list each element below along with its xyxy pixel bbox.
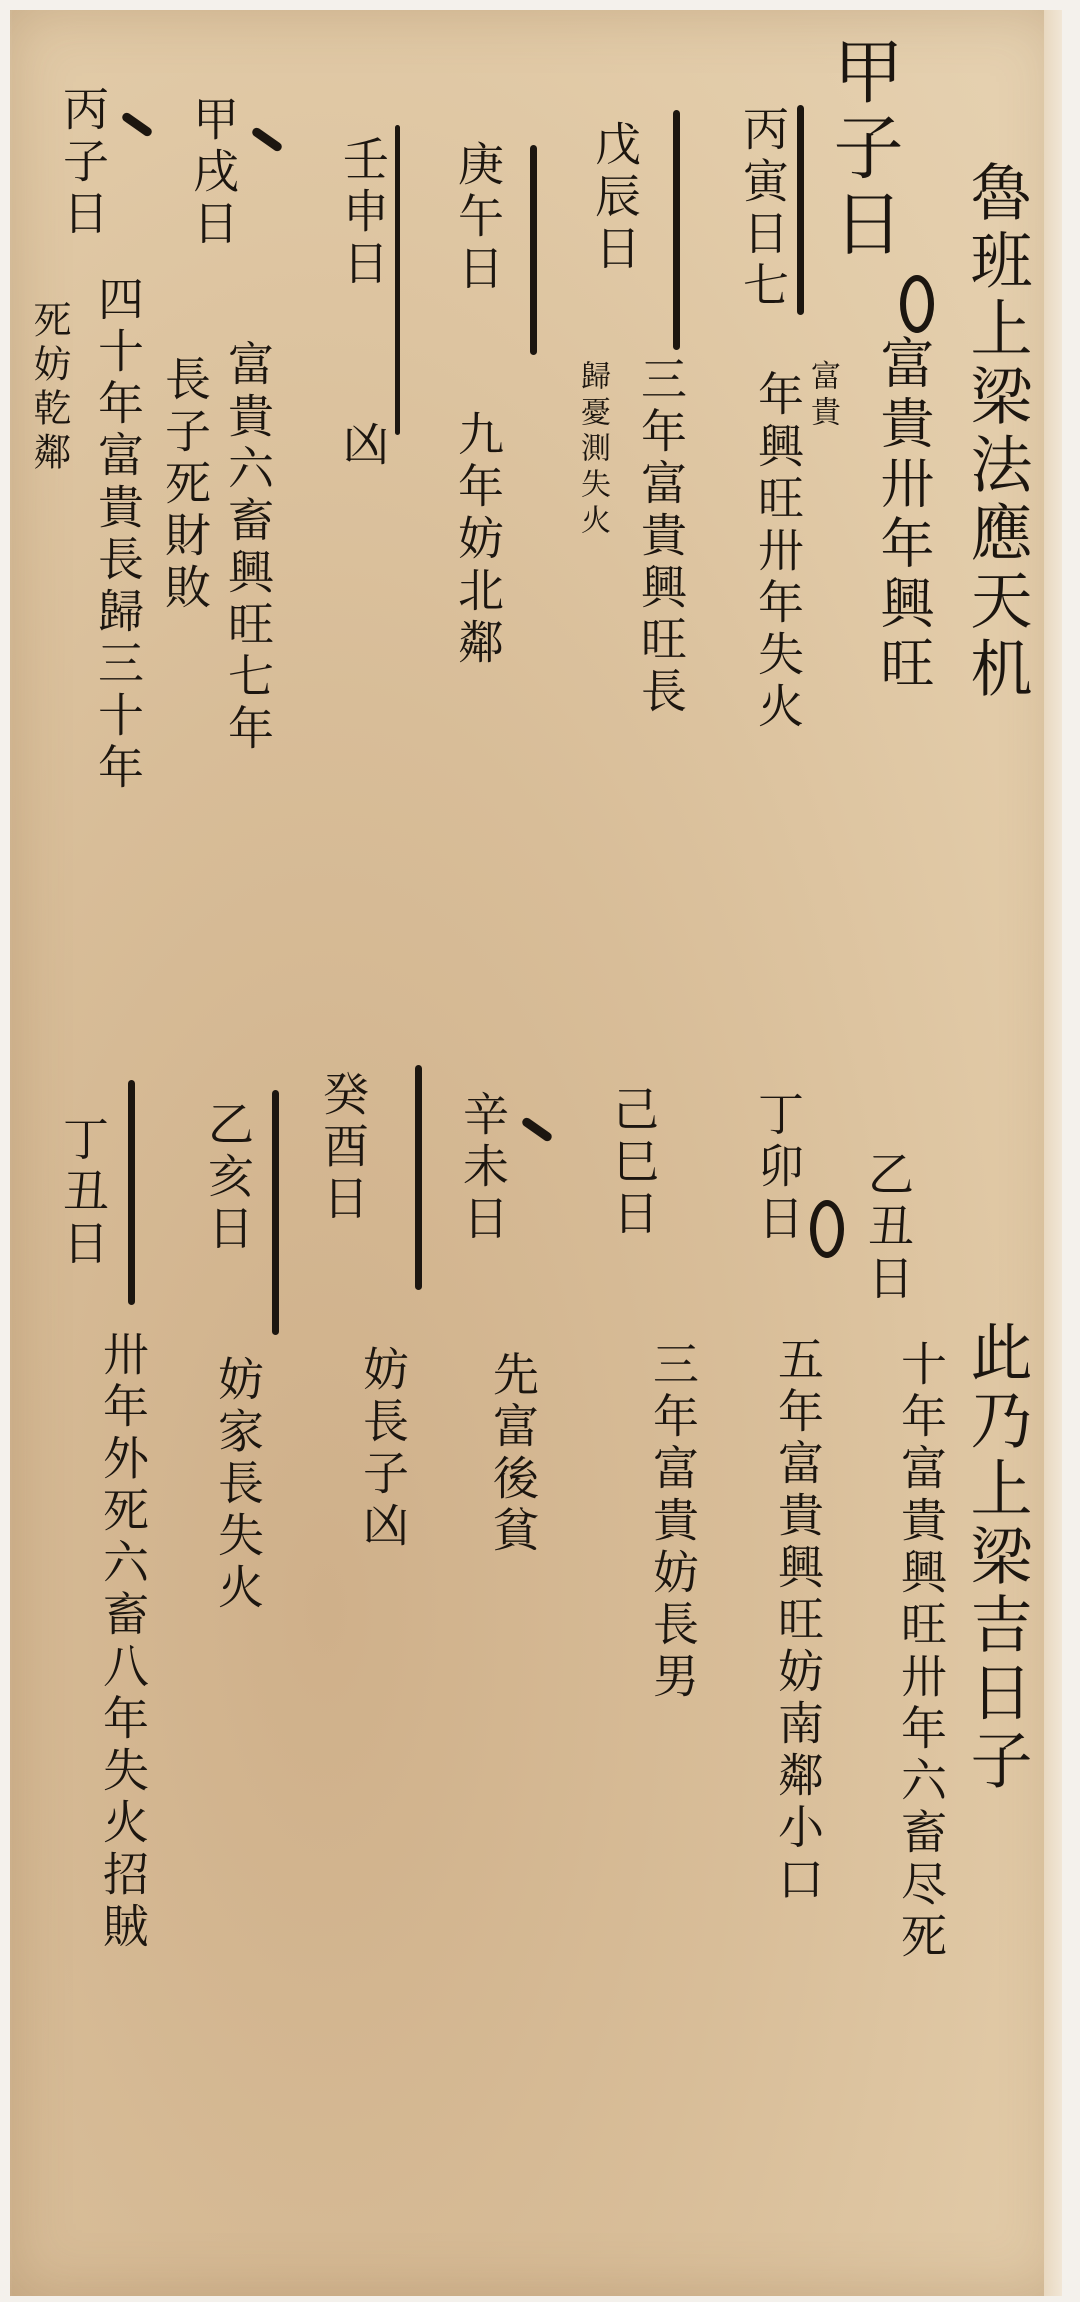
entry-dingmao-text: 五年富貴興旺妨南鄰小口 xyxy=(765,1335,831,1907)
entry-yihai-text: 妨家長失火 xyxy=(205,1355,271,1615)
entry-bingyin-text: 年興旺卅年失火 xyxy=(745,370,811,734)
entry-jiaxu-label: 甲戌日 xyxy=(180,95,246,251)
divider-rule xyxy=(272,1090,279,1335)
entry-yihai-label: 乙亥日 xyxy=(195,1100,261,1256)
divider-rule xyxy=(530,145,537,355)
entry-guiyou-text: 妨長子凶 xyxy=(350,1345,416,1553)
lower-title: 此乃上梁吉日子 xyxy=(965,1320,1027,1796)
entry-xinwei-text: 先富後貧 xyxy=(480,1350,546,1558)
entry-dingchou-text: 卅年外死六畜八年失火招賊 xyxy=(90,1330,156,1954)
entry-wuchen-note: 歸憂測失火 xyxy=(570,360,614,540)
entry-jisi-label: 己巳日 xyxy=(600,1085,666,1241)
divider-rule xyxy=(797,105,804,315)
entry-renshen-text: 凶 xyxy=(330,420,396,472)
entry-bingzi-label: 丙子日 xyxy=(50,85,116,241)
divider-rule xyxy=(415,1065,422,1290)
entry-bingzi-note: 死妨乾鄰 xyxy=(22,300,77,476)
entry-bingzi-text: 四十年富貴長歸三十年 xyxy=(85,275,151,795)
entry-renshen-label: 壬申日 xyxy=(330,135,396,291)
circle-mark xyxy=(810,1200,844,1258)
divider-rule xyxy=(128,1080,135,1305)
entry-jiazi-label: 甲子日 xyxy=(828,35,898,263)
divider-rule xyxy=(673,110,680,350)
entry-dingchou-label: 丁丑日 xyxy=(50,1115,116,1271)
entry-yichou-text: 十年富貴興旺卅年六畜尽死 xyxy=(888,1340,954,1964)
entry-wuchen-label: 戊辰日 xyxy=(582,120,648,276)
entry-bingyin-label: 丙寅日七 xyxy=(730,105,796,313)
tick-mark xyxy=(250,126,283,153)
divider-rule xyxy=(395,125,400,435)
entry-jisi-text: 三年富貴妨長男 xyxy=(640,1340,706,1704)
paper-edge xyxy=(1044,10,1062,2296)
entry-dingmao-label: 丁卯日 xyxy=(745,1090,811,1246)
circle-mark xyxy=(900,275,934,333)
tick-mark xyxy=(520,1116,553,1143)
entry-gengwu-text: 九年妨北鄰 xyxy=(445,410,511,670)
manuscript-page: 魯班上梁法應天机 甲子日 富貴卅年興旺 丙寅日七 富貴 年興旺卅年失火 戊辰日 … xyxy=(10,10,1062,2296)
entry-xinwei-label: 辛未日 xyxy=(450,1090,516,1246)
tick-mark xyxy=(120,111,153,138)
entry-wuchen-text: 三年富貴興旺長 xyxy=(628,355,694,719)
entry-yichou-label: 乙丑日 xyxy=(855,1150,921,1306)
entry-jiaxu-note: 長子死財敗 xyxy=(152,355,218,615)
entry-guiyou-label: 癸酉日 xyxy=(310,1070,376,1226)
upper-title: 魯班上梁法應天机 xyxy=(965,160,1027,704)
entry-jiazi-text: 富貴卅年興旺 xyxy=(865,335,942,695)
entry-jiaxu-text: 富貴六畜興旺七年 xyxy=(215,340,281,756)
entry-gengwu-label: 庚午日 xyxy=(445,140,511,296)
